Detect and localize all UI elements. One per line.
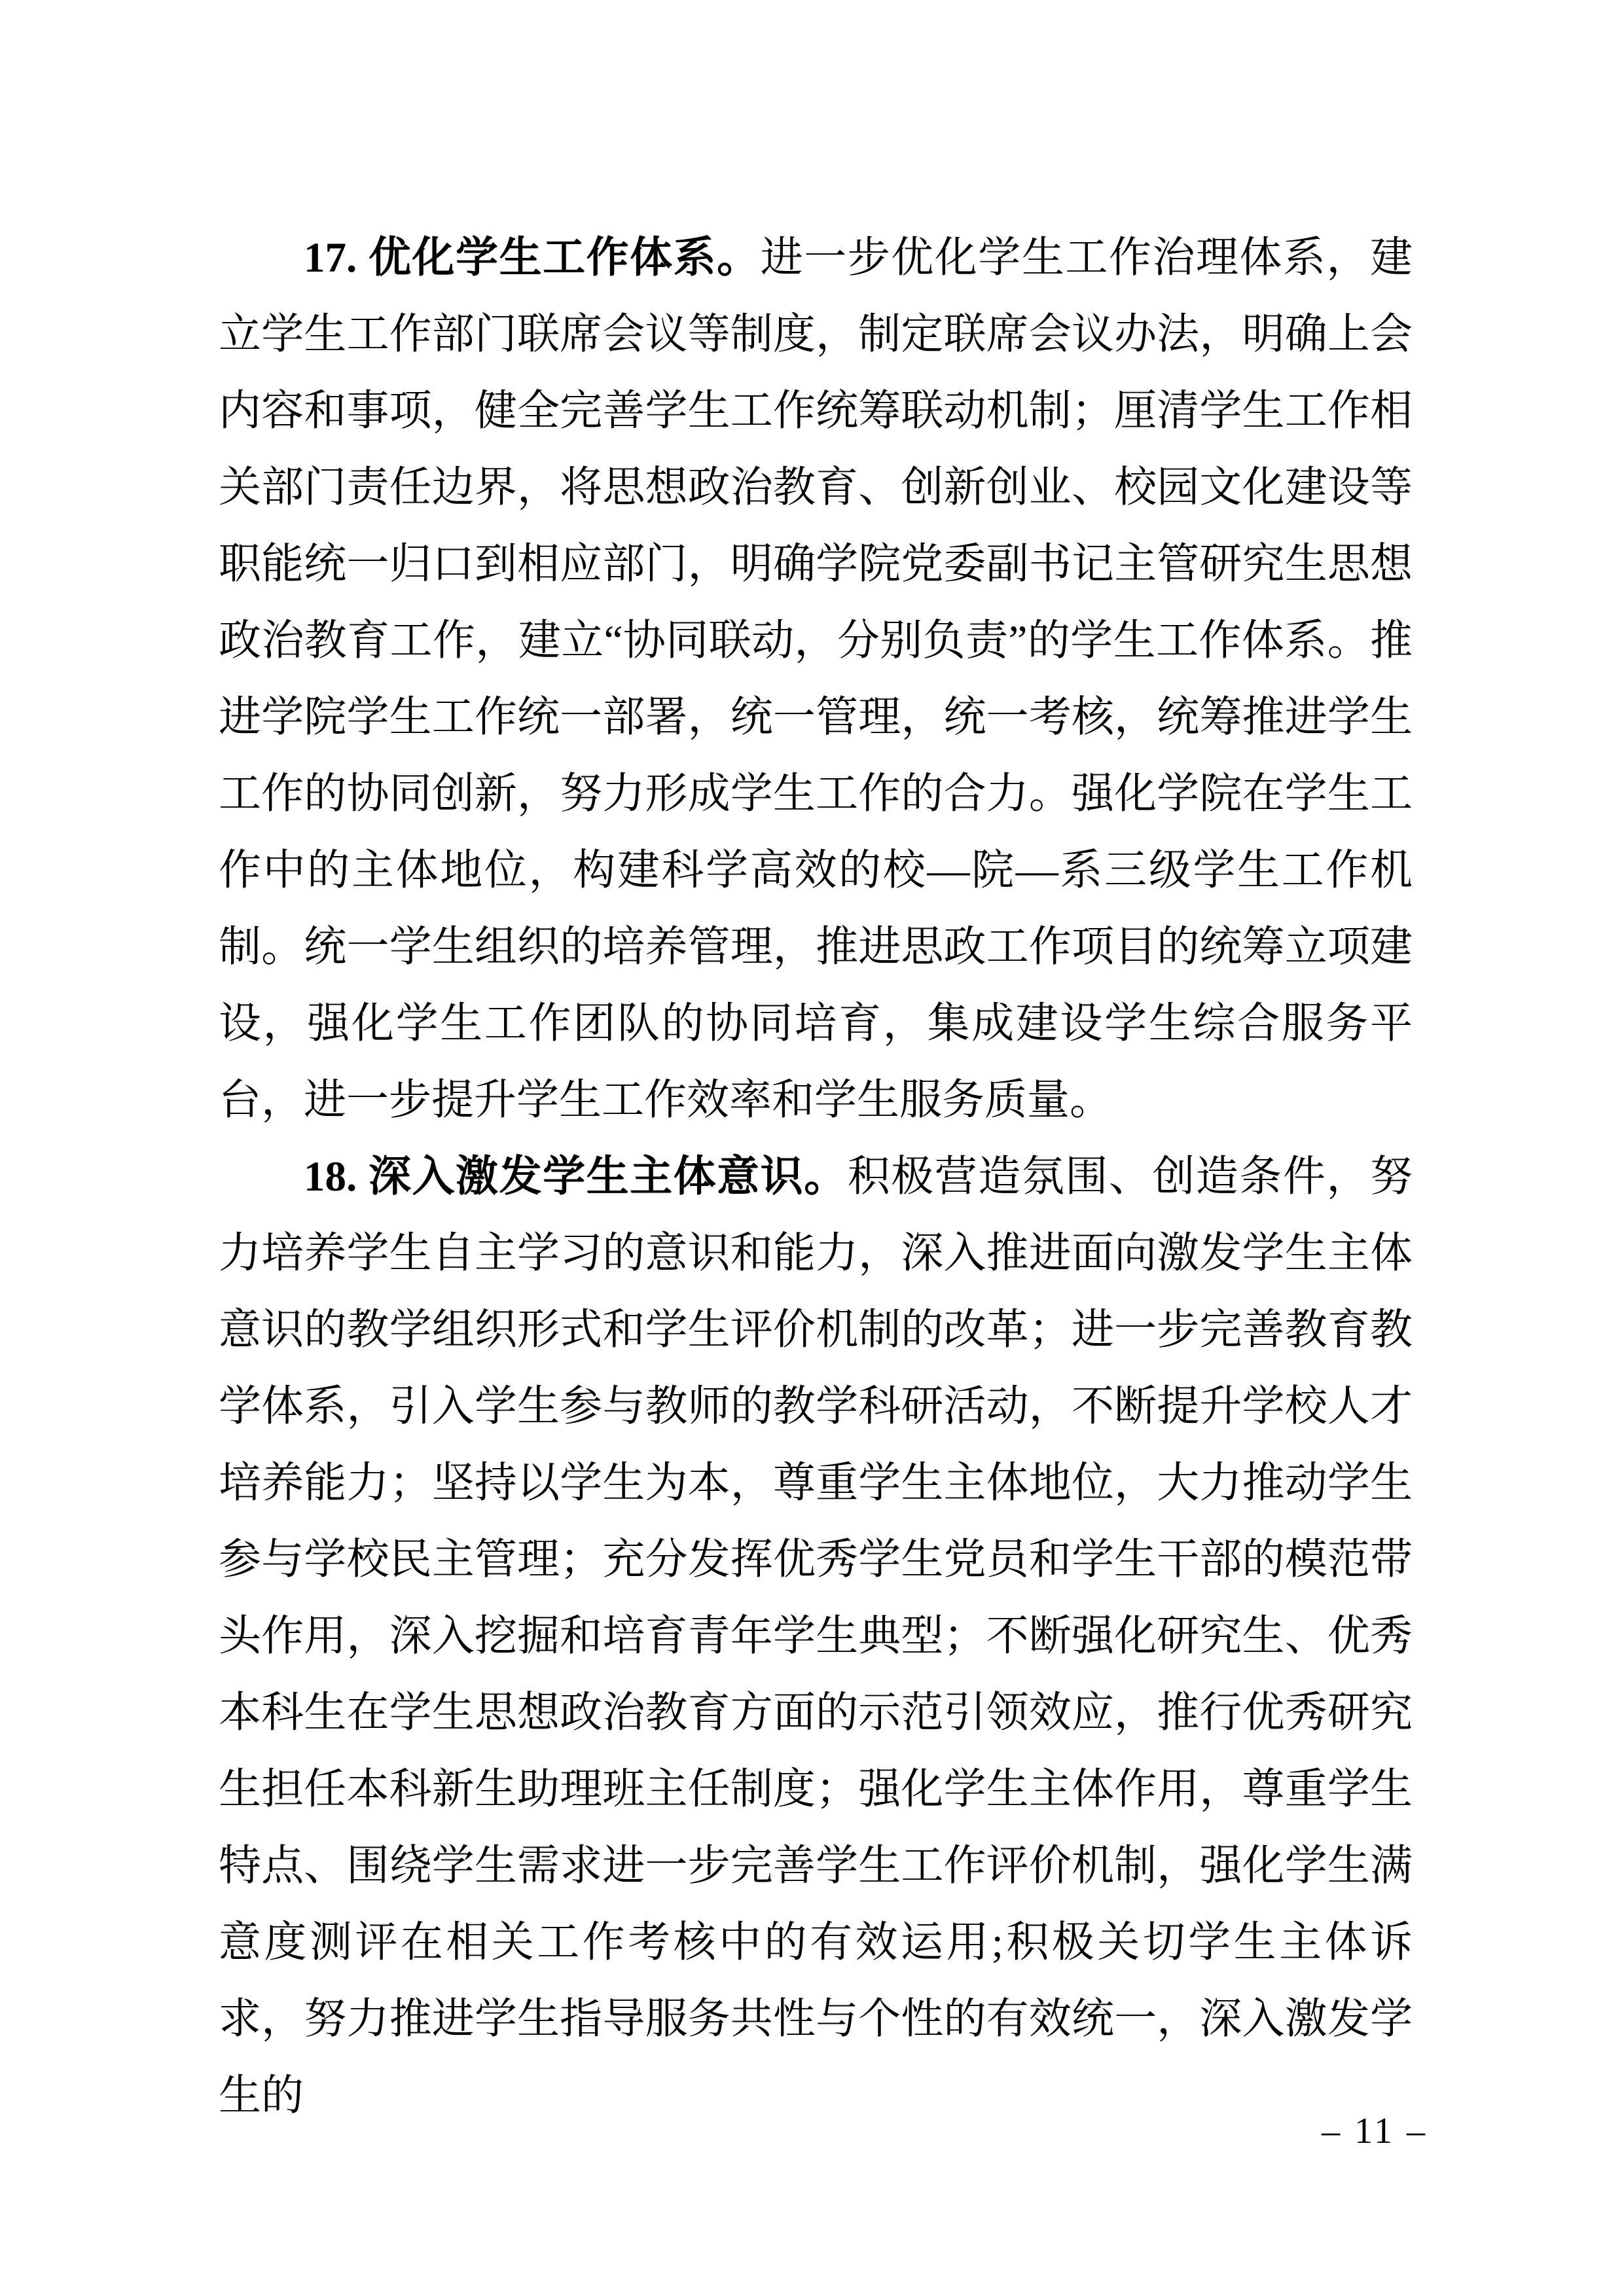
document-body: 17. 优化学生工作体系。进一步优化学生工作治理体系，建立学生工作部门联席会议等… [219,220,1413,2134]
paragraph-18-heading: 18. 深入激发学生主体意识。 [304,1153,848,1200]
paragraph-18-body: 积极营造氛围、创造条件，努力培养学生自主学习的意识和能力，深入推进面向激发学生主… [219,1153,1413,2119]
paragraph-17-heading: 17. 优化学生工作体系。 [304,234,761,281]
paragraph-18: 18. 深入激发学生主体意识。积极营造氛围、创造条件，努力培养学生自主学习的意识… [219,1139,1413,2134]
paragraph-17: 17. 优化学生工作体系。进一步优化学生工作治理体系，建立学生工作部门联席会议等… [219,220,1413,1139]
page-number: – 11 – [1322,2111,1428,2152]
paragraph-17-body: 进一步优化学生工作治理体系，建立学生工作部门联席会议等制度，制定联席会议办法，明… [219,234,1413,1124]
document-page: 17. 优化学生工作体系。进一步优化学生工作治理体系，建立学生工作部门联席会议等… [0,0,1624,2296]
